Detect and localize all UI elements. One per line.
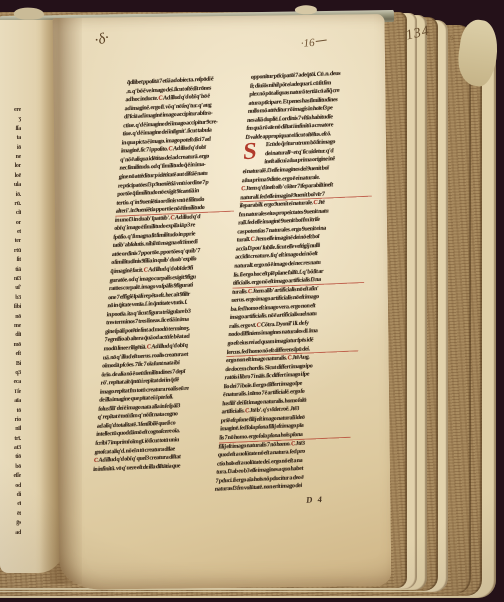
text-block: q̃dlibet ppoſitā 7 etiā ad obiecta. reſp… bbox=[88, 67, 395, 523]
text-line: iō. bbox=[0, 191, 21, 200]
text-line: iō bbox=[0, 144, 21, 153]
drop-cap: S bbox=[242, 139, 257, 166]
book-photo: ereʒſſataiōnelorloēulaiō.rū.ciīoretterrt… bbox=[0, 0, 504, 602]
text-line: ula bbox=[0, 181, 21, 190]
text-line: lor bbox=[0, 162, 21, 171]
text-line: nō bbox=[0, 313, 21, 322]
text-line: or bbox=[0, 219, 21, 228]
text-line: tiā bbox=[0, 266, 21, 275]
text-line: di bbox=[0, 491, 21, 500]
text-line: ad bbox=[0, 529, 21, 538]
text-line: ʒ bbox=[0, 115, 21, 124]
text-line: trī. bbox=[0, 435, 21, 444]
text-line: tiō bbox=[0, 453, 21, 462]
text-line: eī bbox=[0, 500, 21, 509]
text-line: loē bbox=[0, 172, 21, 181]
folio-mark-stroke bbox=[315, 40, 326, 42]
rubric-paragraph-mark: C bbox=[248, 289, 253, 295]
text-line: ne bbox=[0, 153, 21, 162]
rubric-paragraph-mark: C bbox=[170, 215, 175, 221]
rubric-paragraph-mark: C bbox=[168, 147, 173, 153]
text-line: aīa bbox=[0, 397, 21, 406]
text-line: rtū bbox=[0, 247, 21, 256]
left-page-text-fragments: ereʒſſataiōnelorloēulaiō.rū.ciīoretterrt… bbox=[0, 106, 21, 548]
text-line: ter bbox=[0, 237, 21, 246]
text-line: tō bbox=[0, 407, 21, 416]
text-line: at3 bbox=[0, 444, 21, 453]
damaged-notch bbox=[295, 5, 317, 14]
rubric-paragraph-mark: C bbox=[245, 408, 250, 414]
rubric-paragraph-mark: C bbox=[143, 267, 148, 273]
text-line: eca bbox=[0, 378, 21, 387]
text-line: Bi bbox=[0, 360, 21, 369]
rubric-paragraph-mark: C bbox=[287, 355, 292, 361]
text-line: nīl bbox=[0, 425, 21, 434]
text-line: ſit bbox=[0, 256, 21, 265]
rubric-paragraph-mark: C bbox=[250, 237, 255, 243]
text-line: bō bbox=[0, 463, 21, 472]
text-line: ēt bbox=[0, 510, 21, 519]
rubric-paragraph-mark: C bbox=[158, 96, 163, 102]
rubric-paragraph-mark: C bbox=[146, 344, 151, 350]
rubric-paragraph-mark: C bbox=[256, 322, 261, 328]
text-line: eſſe bbox=[0, 472, 21, 481]
text-line: ere bbox=[0, 106, 21, 115]
text-line: b3 bbox=[0, 294, 21, 303]
text-line: me bbox=[0, 322, 21, 331]
rubric-paragraph-mark: C bbox=[291, 441, 296, 447]
text-line: ta bbox=[0, 134, 21, 143]
text-line: q3 bbox=[0, 369, 21, 378]
text-line: ſſa bbox=[0, 125, 21, 134]
text-line: rū. bbox=[0, 200, 21, 209]
text-line: ī ſe bbox=[0, 388, 21, 397]
rubric-paragraph-mark: C bbox=[94, 458, 99, 464]
text-line: nī3 bbox=[0, 275, 21, 284]
damaged-notch bbox=[14, 7, 44, 19]
text-line: eſt bbox=[0, 350, 21, 359]
text-line: od bbox=[0, 482, 21, 491]
quire-signature: D 4 bbox=[306, 494, 324, 505]
quire-mark-handwritten: ·δ· bbox=[93, 30, 111, 50]
folio-mark-handwritten: ·16 bbox=[300, 36, 327, 50]
text-line: diī bbox=[0, 331, 21, 340]
text-line: et bbox=[0, 228, 21, 237]
text-line: ſibi bbox=[0, 303, 21, 312]
text-line: ciī bbox=[0, 209, 21, 218]
text-line: ḡs bbox=[0, 519, 21, 528]
text-line: uſ' bbox=[0, 284, 21, 293]
right-page: ·δ· ·16 q̃dlibet ppoſitā 7 etiā ad obiec… bbox=[53, 14, 392, 590]
text-line: rio bbox=[0, 416, 21, 425]
rubric-paragraph-mark: C bbox=[241, 186, 246, 192]
rubric-paragraph-mark: C bbox=[313, 200, 318, 206]
open-book: ereʒſſataiōnelorloēulaiō.rū.ciīoretterrt… bbox=[0, 0, 504, 602]
folio-mark-text: ·16 bbox=[300, 37, 315, 50]
text-line: mō bbox=[0, 341, 21, 350]
